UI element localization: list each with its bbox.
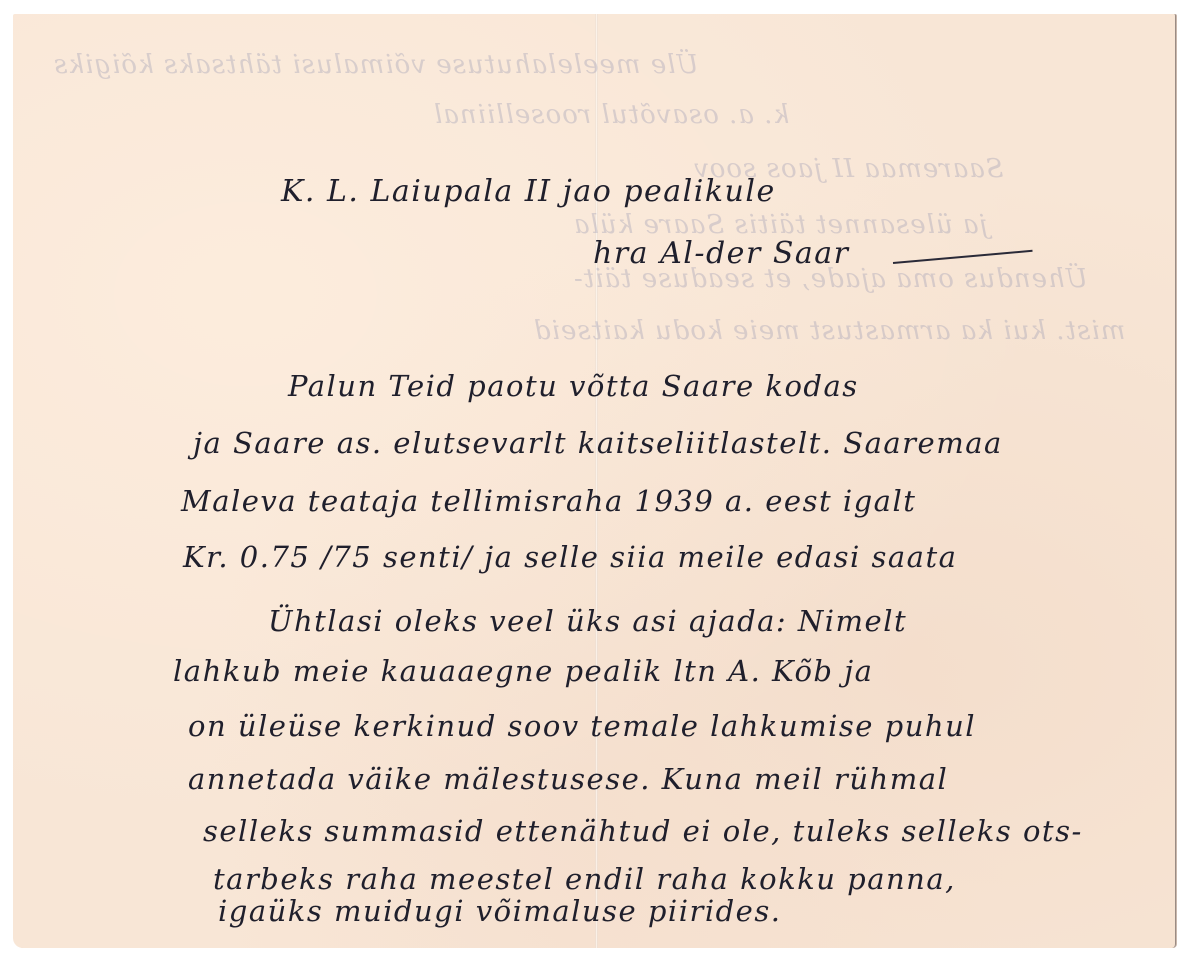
scanned-letter: Üle meelelahutuse võimalusi tähtsaks kõi… bbox=[0, 0, 1200, 956]
letter-line: on üleüse kerkinud soov temale lahkumise… bbox=[188, 709, 976, 743]
letter-line: Palun Teid paotu võtta Saare kodas bbox=[288, 369, 859, 403]
letter-line: annetada väike mälestusese. Kuna meil rü… bbox=[188, 762, 948, 796]
bleed-through-line: Üle meelelahutuse võimalusi tähtsaks kõi… bbox=[53, 50, 698, 80]
signature-flourish bbox=[893, 250, 1033, 264]
addressee-line-2: hra Al-der Saar bbox=[593, 236, 849, 271]
paper-sheet: Üle meelelahutuse võimalusi tähtsaks kõi… bbox=[13, 14, 1176, 948]
addressee-line-1: K. L. Laiupala II jao pealikule bbox=[281, 174, 776, 209]
letter-line: Kr. 0.75 /75 senti/ ja selle siia meile … bbox=[183, 540, 957, 574]
bleed-through-line: k. a. osavõtul rooselliinal bbox=[433, 100, 789, 130]
letter-line: selleks summasid ettenähtud ei ole, tule… bbox=[203, 814, 1083, 848]
letter-line: Maleva teataja tellimisraha 1939 a. eest… bbox=[181, 484, 916, 518]
paper-fold-crease bbox=[595, 14, 598, 948]
letter-line: igaüks muidugi võimaluse piirides. bbox=[218, 894, 781, 928]
letter-line: tarbeks raha meestel endil raha kokku pa… bbox=[213, 862, 956, 896]
letter-line: lahkub meie kauaaegne pealik ltn A. Kõb … bbox=[173, 654, 873, 688]
bleed-through-line: mist. kui ka armastust meie kodu kaitsei… bbox=[533, 316, 1125, 346]
letter-line: Ühtlasi oleks veel üks asi ajada: Nimelt bbox=[268, 604, 907, 638]
letter-line: ja Saare as. elutsevarlt kaitseliitlaste… bbox=[193, 426, 1003, 460]
